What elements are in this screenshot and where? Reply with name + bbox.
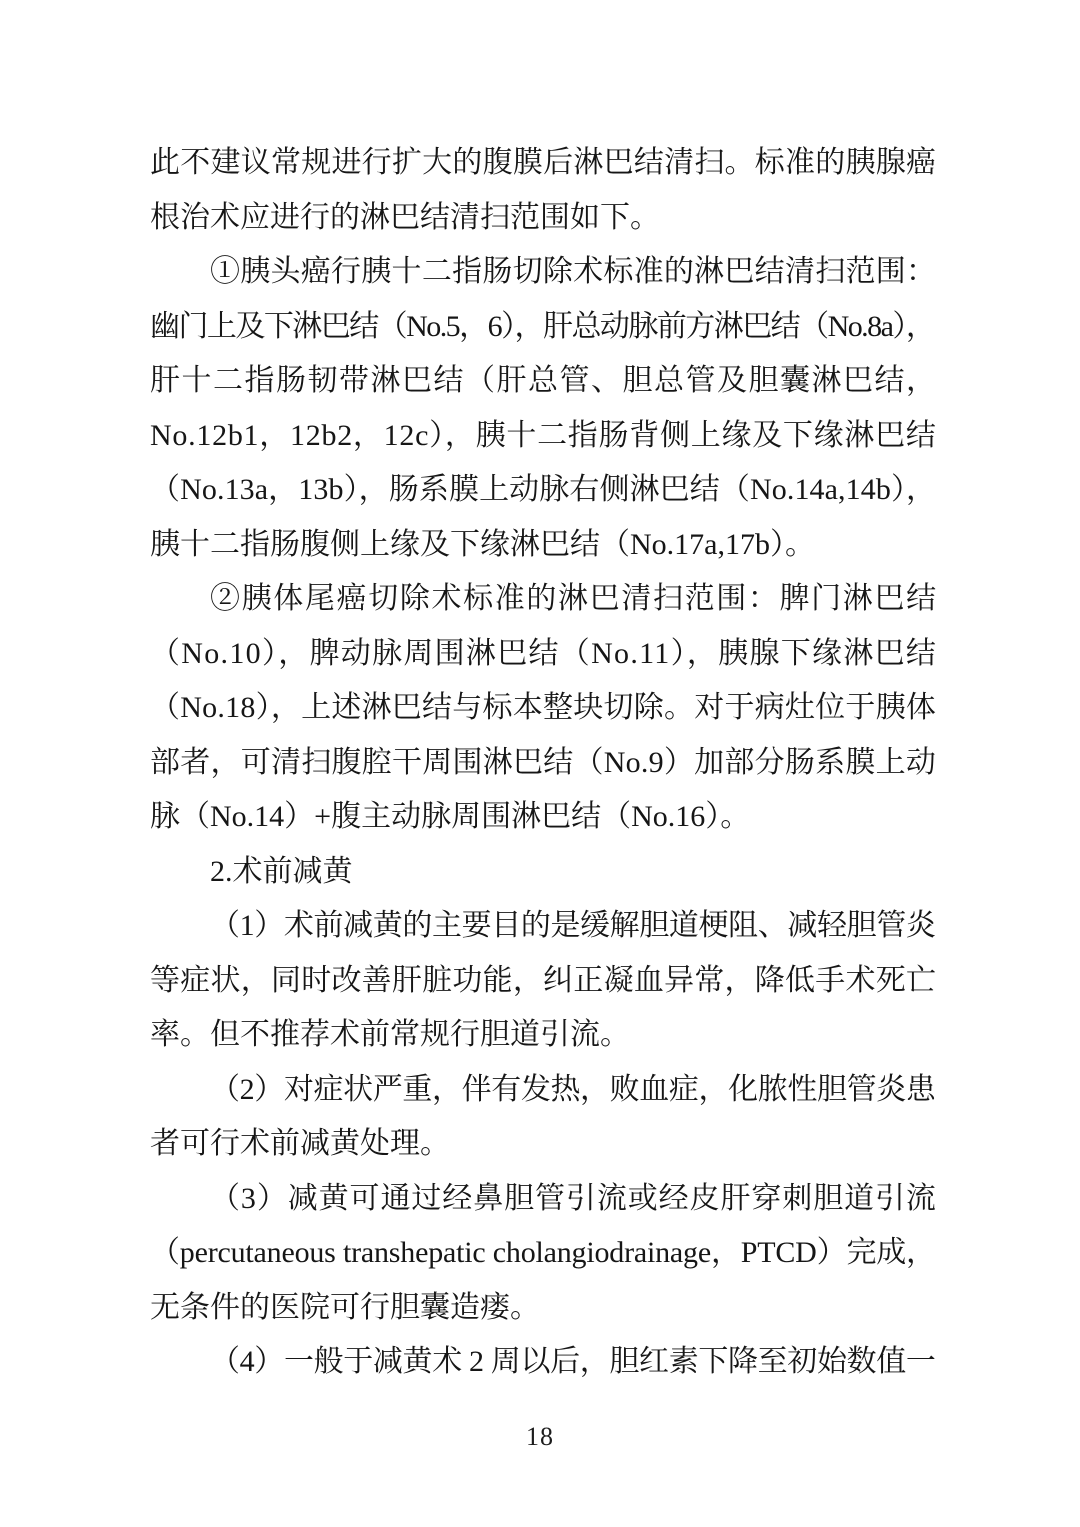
text-line: No.12b1，12b2，12c），胰十二指肠背侧上缘及下缘淋巴结 bbox=[150, 409, 936, 464]
text-line: 胰十二指肠腹侧上缘及下缘淋巴结（No.17a,17b）。 bbox=[150, 518, 936, 573]
text-line: （No.18），上述淋巴结与标本整块切除。对于病灶位于胰体 bbox=[150, 681, 936, 736]
text-line: （2）对症状严重，伴有发热，败血症，化脓性胆管炎患 bbox=[150, 1063, 936, 1118]
text-line: （1）术前减黄的主要目的是缓解胆道梗阻、减轻胆管炎 bbox=[150, 899, 936, 954]
text-line: （No.13a，13b），肠系膜上动脉右侧淋巴结（No.14a,14b）， bbox=[150, 463, 936, 518]
text-line: 脉（No.14）+腹主动脉周围淋巴结（No.16）。 bbox=[150, 790, 936, 845]
text-line: （No.10），脾动脉周围淋巴结（No.11），胰腺下缘淋巴结 bbox=[150, 627, 936, 682]
text-line: 幽门上及下淋巴结（No.5，6），肝总动脉前方淋巴结（No.8a）， bbox=[150, 300, 936, 355]
text-line: 者可行术前减黄处理。 bbox=[150, 1117, 936, 1172]
text-line: 部者，可清扫腹腔干周围淋巴结（No.9）加部分肠系膜上动 bbox=[150, 736, 936, 791]
page-footer: 18 bbox=[0, 1422, 1080, 1452]
text-line: 此不建议常规进行扩大的腹膜后淋巴结清扫。标准的胰腺癌 bbox=[150, 136, 936, 191]
text-line: （percutaneous transhepatic cholangiodrai… bbox=[150, 1226, 936, 1281]
text-line: 2.术前减黄 bbox=[150, 845, 936, 900]
text-line: 率。但不推荐术前常规行胆道引流。 bbox=[150, 1008, 936, 1063]
text-line: （4）一般于减黄术 2 周以后，胆红素下降至初始数值一 bbox=[150, 1335, 936, 1390]
text-line: 无条件的医院可行胆囊造瘘。 bbox=[150, 1281, 936, 1336]
text-line: ①胰头癌行胰十二指肠切除术标准的淋巴结清扫范围： bbox=[150, 245, 936, 300]
text-line: 根治术应进行的淋巴结清扫范围如下。 bbox=[150, 191, 936, 246]
text-line: ②胰体尾癌切除术标准的淋巴清扫范围：脾门淋巴结 bbox=[150, 572, 936, 627]
document-body: 此不建议常规进行扩大的腹膜后淋巴结清扫。标准的胰腺癌根治术应进行的淋巴结清扫范围… bbox=[150, 136, 936, 1390]
document-page: 此不建议常规进行扩大的腹膜后淋巴结清扫。标准的胰腺癌根治术应进行的淋巴结清扫范围… bbox=[0, 0, 1080, 1527]
text-line: 等症状，同时改善肝脏功能，纠正凝血异常，降低手术死亡 bbox=[150, 954, 936, 1009]
page-number: 18 bbox=[526, 1422, 554, 1451]
text-line: （3）减黄可通过经鼻胆管引流或经皮肝穿刺胆道引流 bbox=[150, 1172, 936, 1227]
text-line: 肝十二指肠韧带淋巴结（肝总管、胆总管及胆囊淋巴结， bbox=[150, 354, 936, 409]
